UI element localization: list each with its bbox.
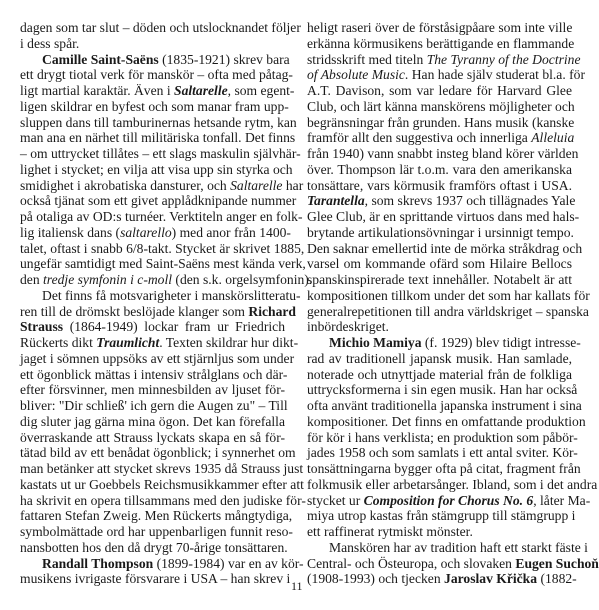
composer-name: Eugen Suchoň	[515, 556, 599, 571]
composer-name: Camille Saint-Saëns	[42, 52, 159, 67]
composer-name: Strauss	[20, 319, 63, 334]
text-line: of Absolute Music. Han hade själv studer…	[307, 67, 572, 83]
text-line: sluppen dans till tamburinernas hetsande…	[20, 115, 285, 131]
paragraph-mamiya: Michio Mamiya (f. 1929) blev tidigt intr…	[307, 335, 572, 540]
text-line: Tarantella, som skrevs 1937 och tillägna…	[307, 193, 572, 209]
text-line: ligen skildrar en byfest och som manar f…	[20, 99, 285, 115]
text-line: musikens ivrigaste försvarare i USA – ha…	[20, 571, 285, 587]
text-line: tonsättningarna bygger ofta på citat, fr…	[307, 461, 572, 477]
text-line: överraskande att Strauss lyckats skapa e…	[20, 430, 285, 446]
text-line: efter försvinner, men minnesbilden av lj…	[20, 382, 285, 398]
work-title: Tarantella	[307, 193, 365, 208]
text-line: talet, oftast i snabb 6/8-takt. Stycket …	[20, 241, 285, 257]
work-title: saltarello	[120, 225, 172, 240]
paragraph-strauss: Det finns få motsvarigheter i manskörsli…	[20, 288, 285, 556]
work-title: tredje symfonin i c-moll	[43, 272, 172, 287]
text-line: stycket ur Composition for Chorus No. 6,…	[307, 493, 572, 509]
work-title: Traumlicht	[96, 335, 159, 350]
left-column: dagen som tar slut – döden och utslockna…	[20, 20, 285, 587]
text-line: nansbotten hos den då drygt 70-årige ton…	[20, 540, 285, 556]
text-line: ett ögonblick mättas i intensiv strålgla…	[20, 367, 285, 383]
text-line: (1908-1993) och tjecken Jaroslav Křička …	[307, 571, 572, 587]
text-line: dagen som tar slut – döden och utslockna…	[20, 20, 285, 36]
text-line: noterade och utnyttjade material från de…	[307, 367, 572, 383]
text-line: brytande artikulationsövningar i ursinni…	[307, 225, 572, 241]
text-line: Camille Saint-Saëns (1835-1921) skrev ba…	[20, 52, 285, 68]
text-line: man ana en närhet till militäriska tonfa…	[20, 130, 285, 146]
text-line: kastats ut ur Goebbels Reichsmusikkammer…	[20, 477, 285, 493]
text-line: jaget i sömnen uppsöks av ett stjärnljus…	[20, 351, 285, 367]
text-line: – om uttrycket tillåtes – ett slags mask…	[20, 146, 285, 162]
text-line: generalrepetitionen till andra världskri…	[307, 304, 572, 320]
text-line: tätad bild av ett benådat ögonblick; i s…	[20, 445, 285, 461]
text-line: Randall Thompson (1899-1984) var en av k…	[20, 556, 285, 572]
work-title: Saltarelle	[230, 178, 282, 193]
paragraph-thompson-continuation: heligt raseri över de förståsigpåare som…	[307, 20, 572, 335]
text-line: också tjänat som ett givet applådknipand…	[20, 193, 285, 209]
paragraph-intro-continuation: dagen som tar slut – döden och utslockna…	[20, 20, 285, 52]
text-line: ett raffinerat rytmiskt mönster.	[307, 524, 572, 540]
text-line: Michio Mamiya (f. 1929) blev tidigt intr…	[307, 335, 572, 351]
text-line: begränsningar från grunden. Hans musik (…	[307, 115, 572, 131]
text-line: lig italiensk dans (saltarello) med anor…	[20, 225, 285, 241]
composer-name: Richard	[248, 304, 296, 319]
paragraph-thompson: Randall Thompson (1899-1984) var en av k…	[20, 556, 285, 588]
work-title: The Tyranny of the Doctrine	[427, 52, 581, 67]
text-line: Strauss (1864-1949) lockar fram ur Fried…	[20, 319, 285, 335]
text-line: inbördeskriget.	[307, 319, 572, 335]
text-line: för kör i hans verklista; en produktion …	[307, 430, 572, 446]
paragraph-central-europe: Manskören har av tradition haft ett star…	[307, 540, 572, 587]
text-line: stridsskrift med titeln The Tyranny of t…	[307, 52, 572, 68]
text-line: över. Thompson lär t.o.m. vara den ameri…	[307, 162, 572, 178]
paragraph-saint-saens: Camille Saint-Saëns (1835-1921) skrev ba…	[20, 52, 285, 288]
text-line: från 1940) vann snabbt insteg bland köre…	[307, 146, 572, 162]
text-line: spanskinspirerade text innehåller. Notab…	[307, 272, 572, 288]
work-title: of Absolute Music	[307, 67, 405, 82]
text-line: miya utrop kastas från stämgrupp till st…	[307, 508, 572, 524]
text-line: ren till de drömskt beslöjade klanger so…	[20, 304, 285, 320]
text-line: fattaren Stefan Zweig. Men Rückerts mång…	[20, 508, 285, 524]
text-line: Det finns få motsvarigheter i manskörsli…	[20, 288, 285, 304]
text-line: den tredje symfonin i c-moll (den s.k. o…	[20, 272, 285, 288]
text-line: kompositioner. Det finns en omfattande p…	[307, 414, 572, 430]
right-column: heligt raseri över de förståsigpåare som…	[307, 20, 572, 587]
text-line: smidighet i akrobatiska dansturer, och S…	[20, 178, 285, 194]
text-line: rad av traditionell japansk musik. Han s…	[307, 351, 572, 367]
text-line: kompositionen tillkom under det som har …	[307, 288, 572, 304]
work-title: Composition for Chorus No. 6	[364, 493, 534, 508]
text-line: tonsättare, vars körmusik framförs oftas…	[307, 178, 572, 194]
page-number: 11	[291, 579, 303, 595]
text-line: lighet i stycket; en vilja att visa upp …	[20, 162, 285, 178]
text-line: heligt raseri över de förståsigpåare som…	[307, 20, 572, 36]
text-line: i dess spår.	[20, 36, 285, 52]
text-line: framför allt den suggestiva och innerlig…	[307, 130, 572, 146]
text-line: folkmusik eller arbetarsånger. Ibland, s…	[307, 477, 572, 493]
work-title: Alleluia	[531, 130, 574, 145]
text-line: på otaliga av OD:s turnéer. Verktiteln a…	[20, 209, 285, 225]
composer-name: Michio Mamiya	[329, 335, 422, 350]
text-line: Club, och lärt känna manskörens möjlighe…	[307, 99, 572, 115]
work-title: Saltarelle	[174, 83, 228, 98]
text-line: A.T. Davison, som var ledare för Harvard…	[307, 83, 572, 99]
text-line: erkänna körmusikens berättigande en flam…	[307, 36, 572, 52]
text-line: dig sluter jag gärna mina ögon. Det kan …	[20, 414, 285, 430]
text-line: ofta använt traditionella japanska instr…	[307, 398, 572, 414]
composer-name: Jaroslav Křička	[444, 571, 537, 586]
document-page: dagen som tar slut – döden och utslockna…	[0, 0, 599, 610]
text-line: varsel om kommande ofärd som Hilaire Bel…	[307, 256, 572, 272]
text-line: Den saknar emellertid inte de mörka strå…	[307, 241, 572, 257]
text-line: jades 1958 och som samlats i ett antal s…	[307, 445, 572, 461]
text-line: bliver: "Dir schließ' ich gern die Augen…	[20, 398, 285, 414]
composer-name: Randall Thompson	[42, 556, 153, 571]
text-line: Manskören har av tradition haft ett star…	[307, 540, 572, 556]
text-line: ungefär samtidigt med Saint-Saëns mest k…	[20, 256, 285, 272]
text-line: ha skrivit en opera tillsammans med den …	[20, 493, 285, 509]
text-line: ett drygt tiotal verk för manskör – ofta…	[20, 67, 285, 83]
text-line: ligt martial karaktär. Även i Saltarelle…	[20, 83, 285, 99]
text-line: uttrycksformerna i sin egen musik. Han h…	[307, 382, 572, 398]
text-line: Central- och Östeuropa, och slovaken Eug…	[307, 556, 572, 572]
text-line: man betänker att stycket skrevs 1935 då …	[20, 461, 285, 477]
text-line: symbolmättade ord har uppenbarligen funn…	[20, 524, 285, 540]
text-line: Rückerts dikt Traumlicht. Texten skildra…	[20, 335, 285, 351]
text-line: Glee Club, är en sprittande virtuos dans…	[307, 209, 572, 225]
